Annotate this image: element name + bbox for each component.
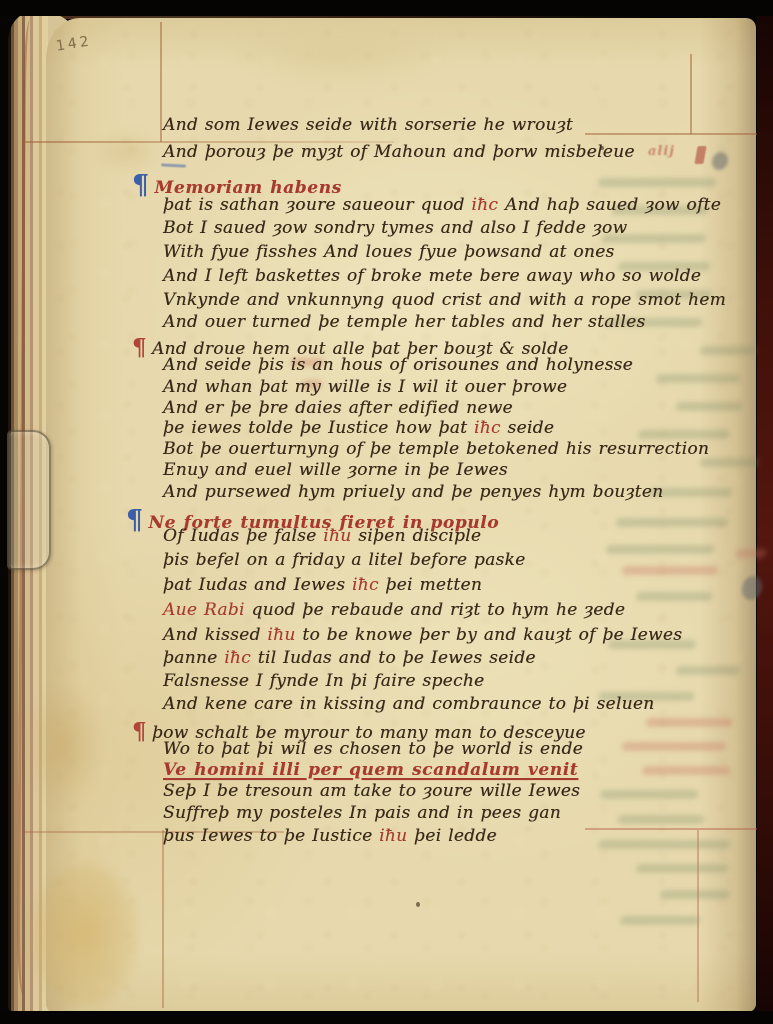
manuscript-line: þanne iħc til Iudas and to þe Iewes seid… (163, 648, 536, 672)
manuscript-line: Of Iudas þe false iħu siþen disciple (163, 526, 481, 550)
ghost-showthrough-mark (598, 840, 731, 849)
ghost-showthrough-mark (600, 790, 699, 799)
paraph-mark: ¶ (132, 334, 147, 361)
manuscript-line: Seþ I be tresoun am take to ȝoure wille … (163, 781, 580, 805)
text-segment: iħu (323, 526, 351, 546)
manuscript-line: And kene care in kissing and combraunce … (163, 694, 654, 718)
ghost-showthrough-mark (676, 402, 743, 411)
manuscript-line: And I left baskettes of broke mete bere … (163, 266, 701, 290)
marginal-annotation: alij (648, 144, 675, 159)
ink-speck (416, 902, 420, 907)
manuscript-line: þat Iudas and Iewes iħc þei metten (163, 575, 482, 599)
photo-border-top (0, 0, 773, 16)
text-segment: iħu (267, 625, 295, 645)
text-segment: þat Iudas and Iewes (163, 575, 352, 595)
text-segment: Falsnesse I fynde In þi faire speche (163, 671, 484, 691)
manuscript-line: ¶Ne forte tumultus fieret in populo (126, 504, 499, 528)
text-segment: Bot I saued ȝow sondry tymes and also I … (163, 218, 627, 238)
text-segment: quod þe rebaude and riȝt to hym he ȝede (245, 600, 625, 620)
ruling-line-vertical-right-top (690, 54, 692, 134)
text-segment: And ouer turned þe temple her tables and… (163, 312, 646, 332)
text-segment: to be knowe þer by and kauȝt of þe Iewes (296, 625, 683, 645)
ghost-showthrough-mark (676, 666, 741, 675)
text-segment: iħu (379, 826, 407, 846)
text-segment: þanne (163, 648, 224, 668)
glass-page-weight (7, 430, 51, 570)
text-segment: til Iudas and to þe Iewes seide (251, 648, 536, 668)
text-segment: þei metten (379, 575, 482, 595)
parchment-stain (230, 28, 450, 88)
parchment-stain (24, 680, 104, 810)
text-segment: þe iewes tolde þe Iustice how þat (163, 418, 474, 438)
ghost-showthrough-mark (636, 864, 729, 873)
ghost-showthrough-mark (646, 718, 733, 727)
manuscript-line: Falsnesse I fynde In þi faire speche (163, 671, 484, 695)
text-segment: And er þe þre daies after edified newe (163, 398, 513, 418)
text-segment: iħc (224, 648, 251, 668)
parchment-stain (30, 860, 140, 1010)
text-segment: iħc (474, 418, 501, 438)
text-segment: And þorouȝ þe myȝt of Mahoun and þorw mi… (163, 142, 635, 162)
ruling-line-vertical-left-top (160, 22, 162, 142)
manuscript-line: Vnkynde and vnkunnyng quod crist and wit… (163, 290, 726, 314)
manuscript-line: þus Iewes to þe Iustice iħu þei ledde (163, 826, 497, 850)
text-segment: Suffreþ my posteles In pais and in pees … (163, 803, 561, 823)
manuscript-line: Aue Rabi quod þe rebaude and riȝt to hym… (163, 600, 625, 624)
text-segment: And som Iewes seide with sorserie he wro… (163, 115, 573, 135)
text-segment: þei ledde (407, 826, 497, 846)
ruling-line-horizontal-bottom-right (585, 828, 757, 830)
manuscript-line: With fyue fisshes And loues fyue þowsand… (163, 242, 615, 266)
ghost-showthrough-mark (616, 518, 729, 527)
text-segment: And whan þat my wille is I wil it ouer þ… (163, 377, 567, 397)
ghost-showthrough-mark (638, 430, 731, 439)
manuscript-line: And som Iewes seide with sorserie he wro… (163, 115, 573, 139)
text-segment: And seide þis is an hous of orisounes an… (163, 355, 633, 375)
manuscript-line: ¶And droue hem out alle þat þer bouȝt & … (132, 333, 569, 357)
paraph-mark: ¶ (126, 505, 143, 536)
text-segment: Enuy and euel wille ȝorne in þe Iewes (163, 460, 508, 480)
text-segment: And I left baskettes of broke mete bere … (163, 266, 701, 286)
text-segment: iħc (471, 195, 498, 215)
manuscript-photo: 142 And som Iewes seide with sorserie he… (0, 0, 773, 1024)
manuscript-line: þat is sathan ȝoure saueour quod iħc And… (163, 195, 721, 219)
text-segment: Ve homini illi per quem scandalum venit (163, 760, 578, 780)
manuscript-line: Suffreþ my posteles In pais and in pees … (163, 803, 561, 827)
text-segment: And kene care in kissing and combraunce … (163, 694, 654, 714)
ghost-showthrough-mark (618, 815, 705, 824)
manuscript-line: Bot I saued ȝow sondry tymes and also I … (163, 218, 627, 242)
manuscript-line: þis befel on a friday a litel before pas… (163, 550, 526, 574)
ghost-showthrough-mark (598, 178, 717, 187)
ruling-line-horizontal-top-right (585, 133, 757, 135)
text-segment: Vnkynde and vnkunnyng quod crist and wit… (163, 290, 726, 310)
text-segment: With fyue fisshes And loues fyue þowsand… (163, 242, 615, 262)
ghost-showthrough-mark (622, 566, 719, 575)
text-segment: þis befel on a friday a litel before pas… (163, 550, 526, 570)
text-segment: iħc (352, 575, 379, 595)
binding-edge (757, 16, 773, 1012)
manuscript-line: Enuy and euel wille ȝorne in þe Iewes (163, 460, 508, 484)
manuscript-line: ¶þow schalt be myrour to many man to des… (132, 717, 586, 741)
manuscript-line: And seide þis is an hous of orisounes an… (163, 355, 633, 379)
text-segment: siþen disciple (352, 526, 482, 546)
text-segment: seide (501, 418, 554, 438)
ghost-showthrough-mark (606, 545, 715, 554)
ghost-showthrough-mark (636, 592, 713, 601)
manuscript-line: And pursewed hym priuely and þe penyes h… (163, 482, 663, 506)
photo-border-bottom (0, 1011, 773, 1024)
ghost-showthrough-mark (620, 916, 701, 925)
manuscript-line: And þorouȝ þe myȝt of Mahoun and þorw mi… (163, 142, 635, 166)
ghost-showthrough-mark (642, 766, 731, 775)
manuscript-line: And kissed iħu to be knowe þer by and ka… (163, 625, 682, 649)
text-segment: þat is sathan ȝoure saueour quod (163, 195, 471, 215)
ghost-showthrough-mark (622, 742, 727, 751)
paraph-mark: ¶ (132, 718, 147, 745)
ruling-line-vertical-left-bottom (162, 830, 164, 1008)
text-segment: Of Iudas þe false (163, 526, 323, 546)
text-segment: And kissed (163, 625, 267, 645)
text-segment: Wo to þat þi wil es chosen to þe world i… (163, 739, 583, 759)
paraph-mark: ¶ (132, 170, 149, 201)
text-segment: Aue Rabi (163, 600, 245, 620)
ghost-showthrough-mark (656, 374, 741, 383)
text-segment: Bot þe ouerturnyng of þe temple betokene… (163, 439, 709, 459)
text-segment: And haþ saued ȝow ofte (498, 195, 721, 215)
manuscript-line: ¶Memoriam habens (132, 169, 342, 193)
text-segment: þus Iewes to þe Iustice (163, 826, 379, 846)
text-segment: And pursewed hym priuely and þe penyes h… (163, 482, 663, 502)
ghost-showthrough-mark (736, 549, 767, 558)
ghost-showthrough-mark (660, 890, 731, 899)
ghost-showthrough-mark (700, 346, 757, 355)
text-segment: Seþ I be tresoun am take to ȝoure wille … (163, 781, 580, 801)
